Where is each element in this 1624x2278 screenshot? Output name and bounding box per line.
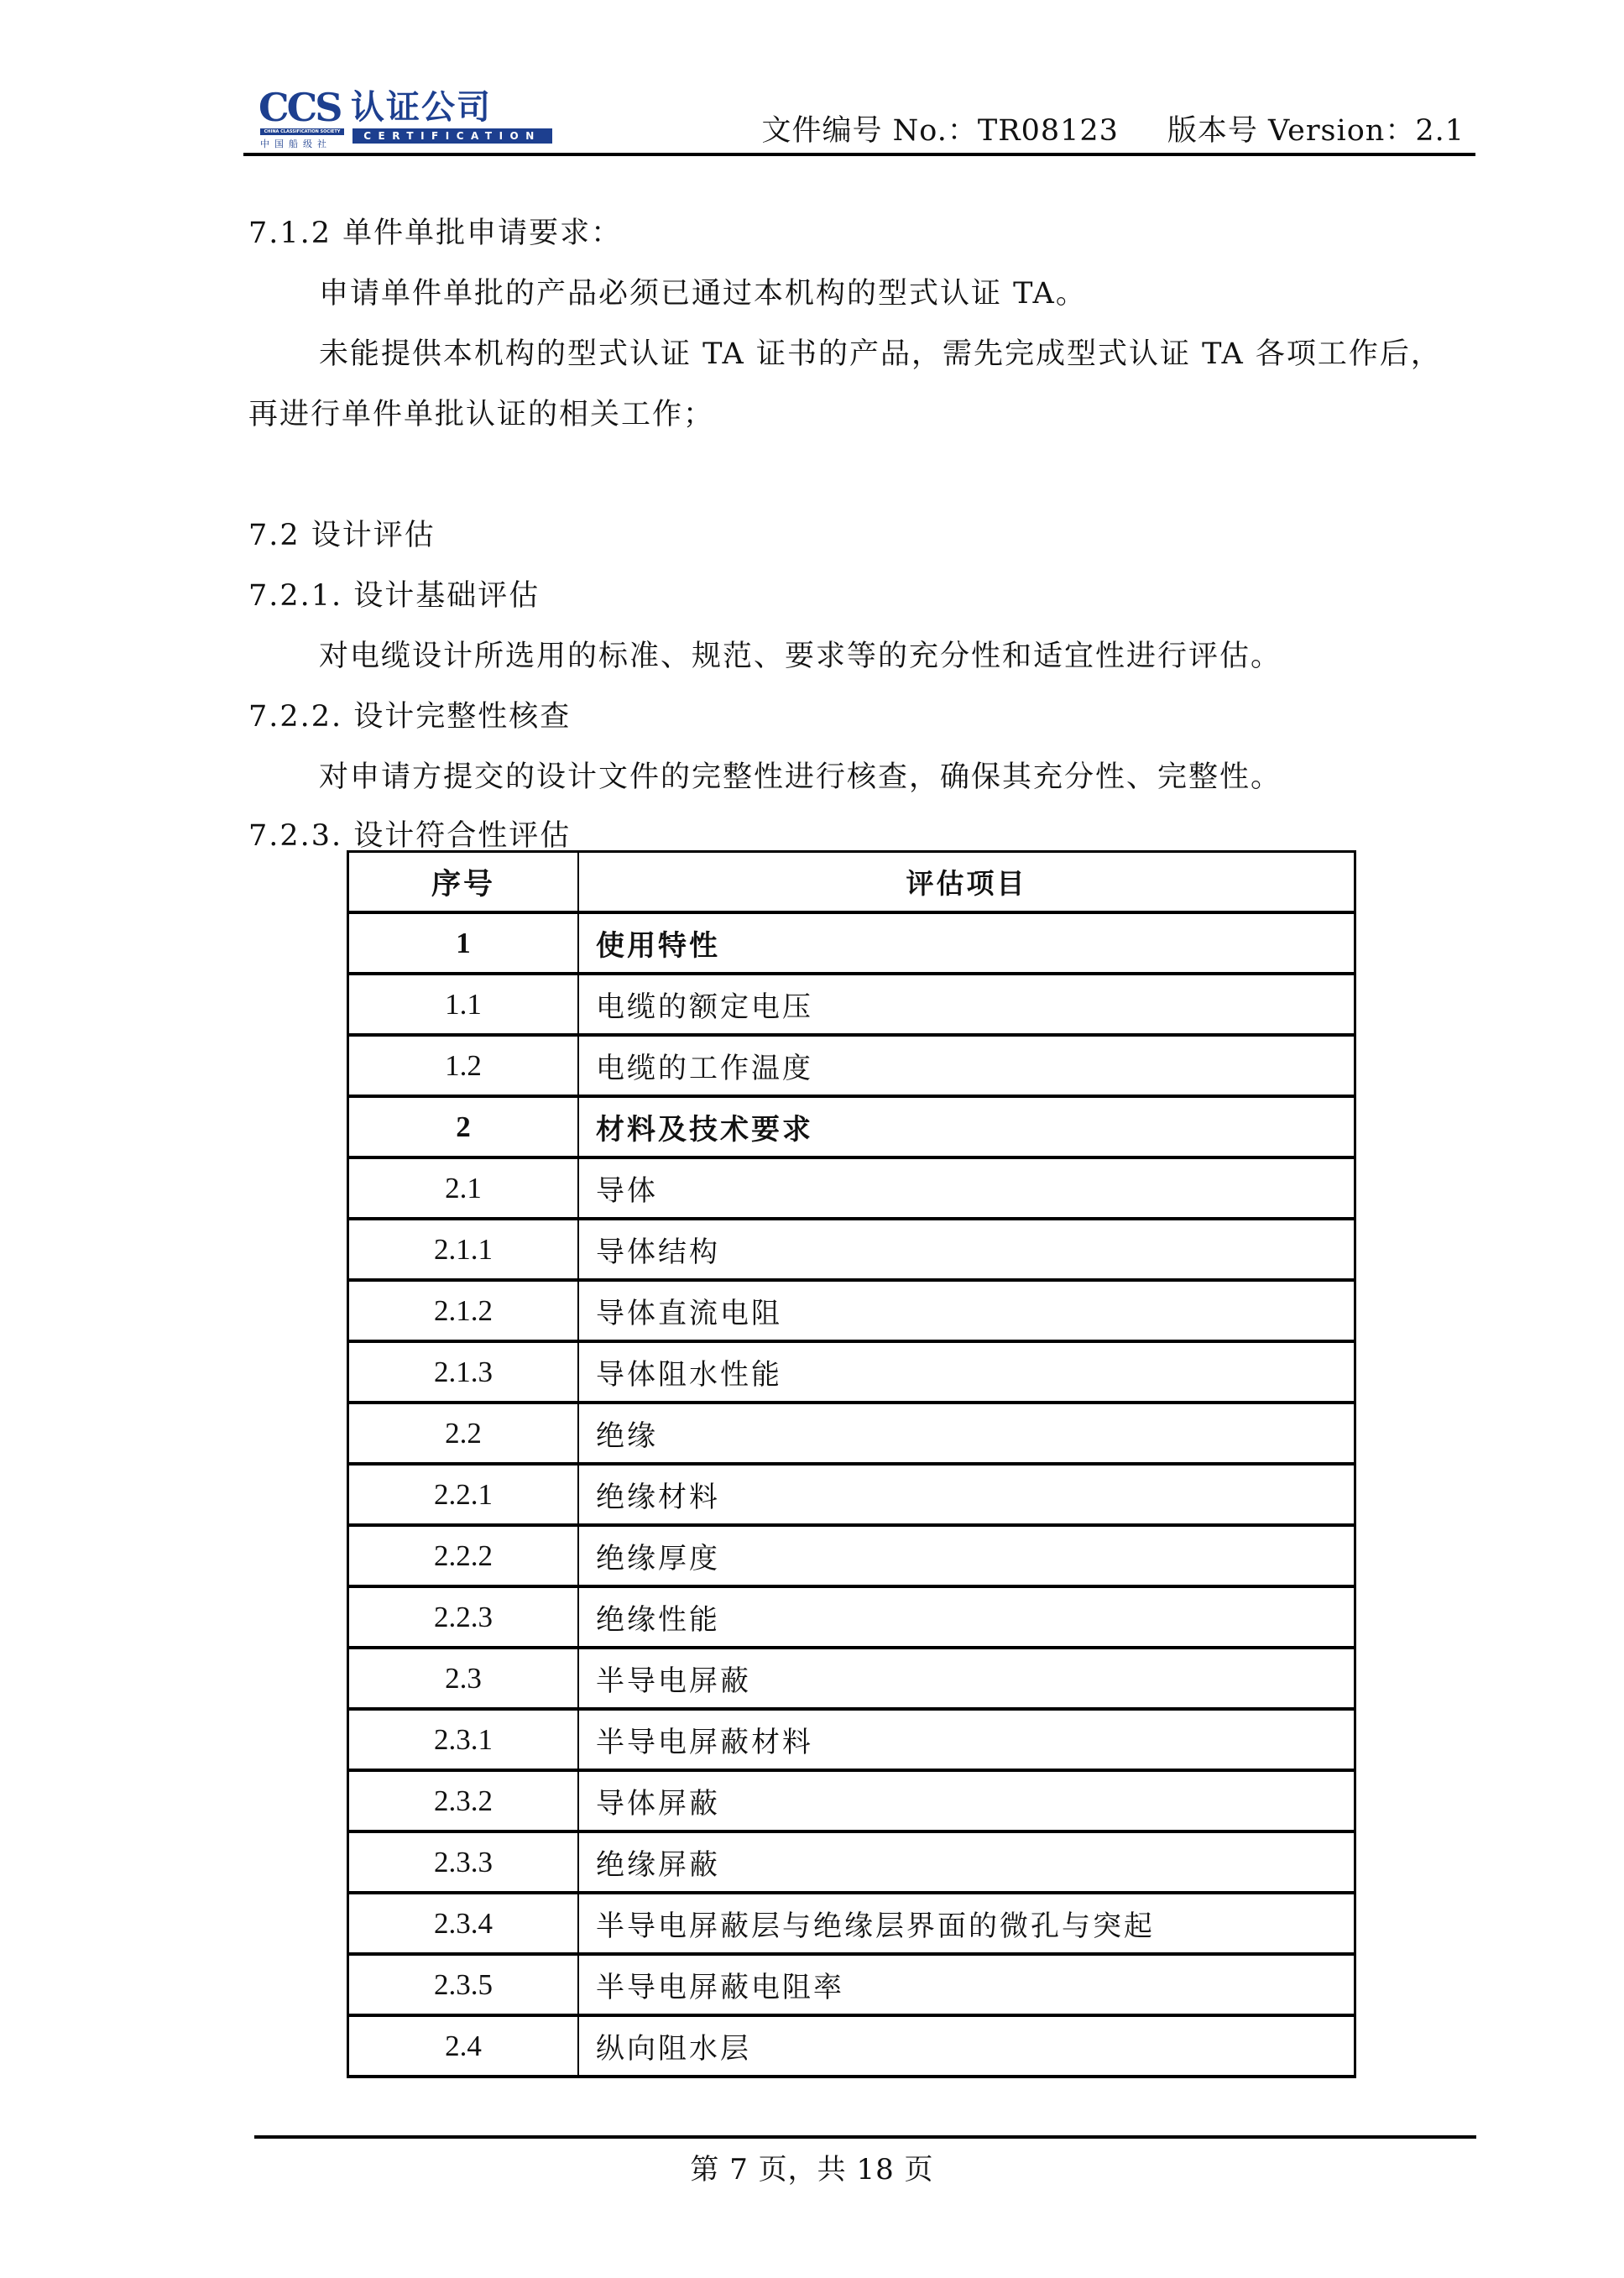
row-item-cell: 绝缘屏蔽: [578, 1831, 1355, 1893]
row-item-cell: 绝缘: [578, 1403, 1355, 1464]
row-number-cell: 1.1: [348, 974, 579, 1035]
row-number-cell: 2.2.1: [348, 1464, 579, 1525]
section-7-2-title: 7.2 设计评估: [248, 519, 436, 552]
table-row: 2.4纵向阻水层: [348, 2015, 1355, 2077]
row-number-cell: 2.2: [348, 1403, 579, 1464]
table-row: 2.1.1导体结构: [348, 1219, 1355, 1280]
section-7-2-1-paragraph: 对电缆设计所选用的标准、规范、要求等的充分性和适宜性进行评估。: [319, 640, 1282, 673]
row-item-cell: 导体屏蔽: [578, 1770, 1355, 1831]
footer-divider: [254, 2135, 1476, 2139]
row-item-cell: 半导电屏蔽: [578, 1648, 1355, 1709]
row-number-cell: 2.2.2: [348, 1525, 579, 1586]
column-header-item: 评估项目: [578, 852, 1355, 913]
row-item-cell: 导体结构: [578, 1219, 1355, 1280]
section-7-1-2-paragraph-2-cont: 再进行单件单批认证的相关工作；: [248, 398, 714, 431]
version-number: 2.1: [1415, 114, 1465, 148]
row-number-cell: 2.1.1: [348, 1219, 579, 1280]
table-row: 2.3.4半导电屏蔽层与绝缘层界面的微孔与突起: [348, 1893, 1355, 1954]
row-item-cell: 绝缘性能: [578, 1586, 1355, 1648]
column-header-number: 序号: [348, 852, 579, 913]
row-number-cell: 2.4: [348, 2015, 579, 2077]
row-item-cell: 半导电屏蔽层与绝缘层界面的微孔与突起: [578, 1893, 1355, 1954]
logo-ccs-wordmark: CCS: [258, 88, 340, 127]
table-row: 2.1导体: [348, 1157, 1355, 1219]
company-logo: CCS CHINA CLASSIFICATION SOCIETY 中国船级社 认…: [258, 88, 552, 147]
table-row: 2.3半导电屏蔽: [348, 1648, 1355, 1709]
table-row: 2.2绝缘: [348, 1403, 1355, 1464]
document-info: 文件编号 No.：TR08123版本号 Version：2.1: [762, 107, 1465, 149]
row-item-cell: 半导电屏蔽电阻率: [578, 1954, 1355, 2015]
section-7-2-3-title: 7.2.3. 设计符合性评估: [248, 819, 571, 853]
row-item-cell: 绝缘材料: [578, 1464, 1355, 1525]
table-row: 2.2.1绝缘材料: [348, 1464, 1355, 1525]
row-item-cell: 材料及技术要求: [578, 1096, 1355, 1157]
row-number-cell: 2.3.4: [348, 1893, 579, 1954]
section-7-2-2-paragraph: 对申请方提交的设计文件的完整性进行核查，确保其充分性、完整性。: [319, 760, 1282, 794]
table-header-row: 序号 评估项目: [348, 852, 1355, 913]
section-7-1-2-title: 7.1.2 单件单批申请要求：: [248, 217, 622, 250]
page-number: 第 7 页，共 18 页: [0, 2146, 1624, 2187]
section-7-1-2-paragraph-2: 未能提供本机构的型式认证 TA 证书的产品，需先完成型式认证 TA 各项工作后，: [319, 337, 1442, 371]
table-row: 2.1.2导体直流电阻: [348, 1280, 1355, 1341]
row-item-cell: 纵向阻水层: [578, 2015, 1355, 2077]
table-row: 2.3.2导体屏蔽: [348, 1770, 1355, 1831]
table-row: 2.2.3绝缘性能: [348, 1586, 1355, 1648]
row-number-cell: 2.3: [348, 1648, 579, 1709]
row-item-cell: 导体: [578, 1157, 1355, 1219]
row-number-cell: 2.3.1: [348, 1709, 579, 1770]
row-item-cell: 导体阻水性能: [578, 1341, 1355, 1403]
row-item-cell: 使用特性: [578, 912, 1355, 974]
doc-number: TR08123: [978, 114, 1119, 148]
row-item-cell: 绝缘厚度: [578, 1525, 1355, 1586]
version-label: 版本号 Version：: [1167, 114, 1415, 148]
row-number-cell: 2: [348, 1096, 579, 1157]
section-7-2-2-title: 7.2.2. 设计完整性核查: [248, 700, 571, 734]
row-item-cell: 电缆的额定电压: [578, 974, 1355, 1035]
row-number-cell: 1: [348, 912, 579, 974]
table-row: 2.3.3绝缘屏蔽: [348, 1831, 1355, 1893]
row-item-cell: 半导电屏蔽材料: [578, 1709, 1355, 1770]
row-number-cell: 2.1.3: [348, 1341, 579, 1403]
table-row: 1.2电缆的工作温度: [348, 1035, 1355, 1096]
table-row: 2.2.2绝缘厚度: [348, 1525, 1355, 1586]
row-number-cell: 2.3.3: [348, 1831, 579, 1893]
row-number-cell: 2.2.3: [348, 1586, 579, 1648]
table-row: 2材料及技术要求: [348, 1096, 1355, 1157]
logo-society-en: CHINA CLASSIFICATION SOCIETY: [260, 128, 344, 135]
logo-company-cn: 认证公司: [351, 88, 492, 127]
logo-society-cn: 中国船级社: [260, 137, 332, 150]
row-item-cell: 导体直流电阻: [578, 1280, 1355, 1341]
row-number-cell: 1.2: [348, 1035, 579, 1096]
row-item-cell: 电缆的工作温度: [578, 1035, 1355, 1096]
row-number-cell: 2.1.2: [348, 1280, 579, 1341]
row-number-cell: 2.3.5: [348, 1954, 579, 2015]
section-7-1-2-paragraph-1: 申请单件单批的产品必须已通过本机构的型式认证 TA。: [319, 277, 1087, 311]
table-row: 1使用特性: [348, 912, 1355, 974]
row-number-cell: 2.3.2: [348, 1770, 579, 1831]
header-divider: [243, 153, 1475, 156]
section-7-2-1-title: 7.2.1. 设计基础评估: [248, 579, 540, 613]
logo-certification-banner: CERTIFICATION: [352, 128, 552, 144]
design-conformity-table: 序号 评估项目 1使用特性1.1电缆的额定电压1.2电缆的工作温度2材料及技术要…: [347, 850, 1356, 2078]
row-number-cell: 2.1: [348, 1157, 579, 1219]
doc-number-label: 文件编号 No.：: [762, 114, 978, 148]
table-row: 2.1.3导体阻水性能: [348, 1341, 1355, 1403]
table-row: 2.3.5半导电屏蔽电阻率: [348, 1954, 1355, 2015]
table-row: 1.1电缆的额定电压: [348, 974, 1355, 1035]
table-row: 2.3.1半导电屏蔽材料: [348, 1709, 1355, 1770]
